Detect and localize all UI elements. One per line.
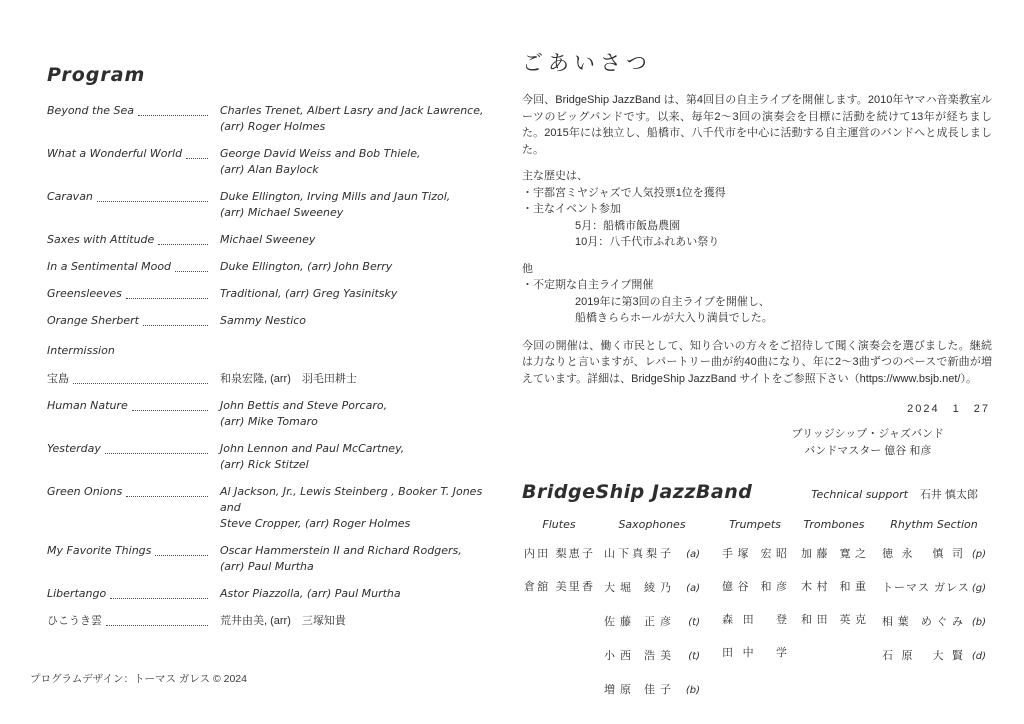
member: 倉舘 美里香 (524, 581, 594, 593)
greeting-title: ごあいさつ (522, 47, 992, 77)
program-item: Green Onions Al Jackson, Jr., Lewis Stei… (47, 484, 493, 532)
dotted-leader (73, 383, 208, 384)
part-label: (b) (972, 617, 986, 629)
program-item: What a Wonderful World George David Weis… (47, 146, 493, 178)
history-block: 主な歴史は、 ・宇都宮ミヤジャズで人気投票1位を獲得 ・主なイベント参加 5月：… (522, 168, 992, 251)
member: 内田 梨恵子 (524, 548, 594, 560)
program-page: Program Beyond the Sea Charles Trenet, A… (47, 64, 493, 640)
dotted-leader (110, 598, 208, 599)
member: 億谷 和彦 (722, 581, 788, 593)
greeting-paragraph-1: 今回、BridgeShip JazzBand は、第4回目の自主ライブを開催しま… (522, 92, 992, 158)
song-title: Human Nature (47, 398, 130, 414)
section-label: Trombones (801, 518, 867, 531)
dotted-leader (155, 555, 208, 556)
song-credit: George David Weiss and Bob Thiele, (arr)… (210, 146, 492, 178)
technical-support-label: Technical support (811, 488, 908, 501)
history-line: 10月：八千代市ふれあい祭り (522, 234, 992, 251)
member: 田中 学 (722, 647, 788, 659)
member: 加藤 寛之 (801, 548, 867, 560)
song-title: What a Wonderful World (47, 146, 184, 162)
history-line: 5月：船橋市飯島農園 (522, 218, 992, 235)
dotted-leader (143, 325, 208, 326)
member: 石原 大賢(d) (882, 650, 986, 663)
program-title: Program (47, 64, 493, 86)
program-item: Orange Sherbert Sammy Nestico (47, 313, 493, 329)
part-label: (b) (686, 685, 700, 697)
dotted-leader (97, 201, 208, 202)
dotted-leader (158, 244, 208, 245)
roster-column-rhythm: Rhythm Section 徳永 慎司(p) トーマス ガレス(g) 相葉 め… (882, 518, 986, 718)
song-title: Saxes with Attitude (47, 232, 156, 248)
dotted-leader (126, 298, 208, 299)
part-label: (t) (688, 617, 700, 629)
program-item: Libertango Astor Piazzolla, (arr) Paul M… (47, 586, 493, 602)
song-credit: John Bettis and Steve Porcaro, (arr) Mik… (210, 398, 492, 430)
history-line: ・宇都宮ミヤジャズで人気投票1位を獲得 (522, 185, 992, 202)
other-line: 船橋きららホールが大入り満員でした。 (522, 310, 992, 327)
member: 手塚 宏昭 (722, 548, 788, 560)
other-block: 他 ・不定期な自主ライブ開催 2019年に第3回の自主ライブを開催し、 船橋きら… (522, 261, 992, 327)
part-label: (p) (972, 549, 986, 561)
program-item: 宝島 和泉宏隆, (arr) 羽毛田耕士 (47, 371, 493, 387)
roster-column-trumpets: Trumpets 手塚 宏昭 億谷 和彦 森田 登 田中 学 (722, 518, 788, 718)
greeting-page: ごあいさつ 今回、BridgeShip JazzBand は、第4回目の自主ライ… (522, 47, 992, 718)
song-credit: 和泉宏隆, (arr) 羽毛田耕士 (210, 371, 492, 387)
song-credit: Oscar Hammerstein II and Richard Rodgers… (210, 543, 492, 575)
program-item: My Favorite Things Oscar Hammerstein II … (47, 543, 493, 575)
technical-support-name: 石井 慎太郎 (920, 486, 978, 502)
program-item: In a Sentimental Mood Duke Ellington, (a… (47, 259, 493, 275)
song-title: Greensleeves (47, 286, 124, 302)
dotted-leader (105, 453, 208, 454)
other-line: 2019年に第3回の自主ライブを開催し、 (522, 294, 992, 311)
program-item: Caravan Duke Ellington, Irving Mills and… (47, 189, 493, 221)
band-name-jp: ブリッジシップ・ジャズバンド (792, 426, 944, 443)
dotted-leader (175, 271, 208, 272)
song-title: Yesterday (47, 441, 103, 457)
dotted-leader (106, 625, 208, 626)
dotted-leader (186, 158, 208, 159)
member: 徳永 慎司(p) (882, 548, 986, 561)
song-credit: 荒井由美, (arr) 三塚知貴 (210, 613, 492, 629)
dotted-leader (132, 410, 208, 411)
song-credit: John Lennon and Paul McCartney, (arr) Ri… (210, 441, 492, 473)
history-heading: 主な歴史は、 (522, 168, 992, 185)
technical-support: Technical support 石井 慎太郎 (811, 486, 992, 502)
member: 木村 和重 (801, 581, 867, 593)
roster-column-flutes: Flutes 内田 梨恵子 倉舘 美里香 (524, 518, 594, 718)
song-title: My Favorite Things (47, 543, 153, 559)
song-title: Beyond the Sea (47, 103, 136, 119)
song-credit: Sammy Nestico (210, 313, 492, 329)
part-label: (a) (686, 583, 700, 595)
song-title: ひこうき雲 (47, 613, 104, 629)
song-credit: Charles Trenet, Albert Lasry and Jack La… (210, 103, 492, 135)
song-title: Green Onions (47, 484, 124, 500)
section-label: Saxophones (604, 518, 700, 531)
member: 大堀 綾乃(a) (604, 582, 700, 595)
program-item: Yesterday John Lennon and Paul McCartney… (47, 441, 493, 473)
song-title: Caravan (47, 189, 95, 205)
member: トーマス ガレス(g) (882, 582, 986, 595)
program-item: Beyond the Sea Charles Trenet, Albert La… (47, 103, 493, 135)
part-label: (g) (972, 583, 986, 595)
song-title: 宝島 (47, 371, 71, 387)
member: 和田 英克 (801, 614, 867, 626)
bandmaster: バンドマスター 億谷 和彦 (792, 443, 944, 460)
roster-column-saxophones: Saxophones 山下真梨子(a) 大堀 綾乃(a) 佐藤 正彦(t) 小西… (604, 518, 700, 718)
member: 森田 登 (722, 614, 788, 626)
part-label: (a) (686, 549, 700, 561)
member: 山下真梨子(a) (604, 548, 700, 561)
program-item: Human Nature John Bettis and Steve Porca… (47, 398, 493, 430)
program-design-credit: プログラムデザイン：トーマス ガレス © 2024 (30, 671, 247, 686)
member: 小西 浩美(t) (604, 650, 700, 663)
member: 相葉 めぐみ(b) (882, 616, 986, 629)
signature: ブリッジシップ・ジャズバンド バンドマスター 億谷 和彦 (792, 426, 944, 460)
song-credit: Duke Ellington, Irving Mills and Jaun Ti… (210, 189, 492, 221)
song-credit: Al Jackson, Jr., Lewis Steinberg , Booke… (210, 484, 492, 532)
member: 佐藤 正彦(t) (604, 616, 700, 629)
dotted-leader (138, 115, 208, 116)
date: 2024 1 27 (522, 400, 992, 416)
other-line: ・不定期な自主ライブ開催 (522, 277, 992, 294)
dotted-leader (126, 496, 208, 497)
song-credit: Michael Sweeney (210, 232, 492, 248)
section-label: Trumpets (722, 518, 788, 531)
section-label: Rhythm Section (882, 518, 986, 531)
roster: Flutes 内田 梨恵子 倉舘 美里香 Saxophones 山下真梨子(a)… (522, 518, 992, 718)
part-label: (d) (972, 651, 986, 663)
song-title: Orange Sherbert (47, 313, 141, 329)
roster-column-trombones: Trombones 加藤 寛之 木村 和重 和田 英克 (801, 518, 867, 718)
member: 増原 佳子(b) (604, 684, 700, 697)
section-label: Flutes (524, 518, 594, 531)
program-item: Saxes with Attitude Michael Sweeney (47, 232, 493, 248)
song-credit: Duke Ellington, (arr) John Berry (210, 259, 492, 275)
program-item: ひこうき雲 荒井由美, (arr) 三塚知貴 (47, 613, 493, 629)
other-heading: 他 (522, 261, 992, 278)
song-title: In a Sentimental Mood (47, 259, 173, 275)
history-line: ・主なイベント参加 (522, 201, 992, 218)
intermission-label: Intermission (47, 344, 493, 357)
song-title: Libertango (47, 586, 108, 602)
part-label: (t) (688, 651, 700, 663)
song-credit: Astor Piazzolla, (arr) Paul Murtha (210, 586, 492, 602)
greeting-paragraph-2: 今回の開催は、働く市民として、知り合いの方々をご招待して聞く演奏会を選びました。… (522, 338, 992, 388)
band-name: BridgeShip JazzBand (522, 481, 752, 503)
song-credit: Traditional, (arr) Greg Yasinitsky (210, 286, 492, 302)
band-roster-header: BridgeShip JazzBand Technical support 石井… (522, 481, 992, 503)
program-item: Greensleeves Traditional, (arr) Greg Yas… (47, 286, 493, 302)
